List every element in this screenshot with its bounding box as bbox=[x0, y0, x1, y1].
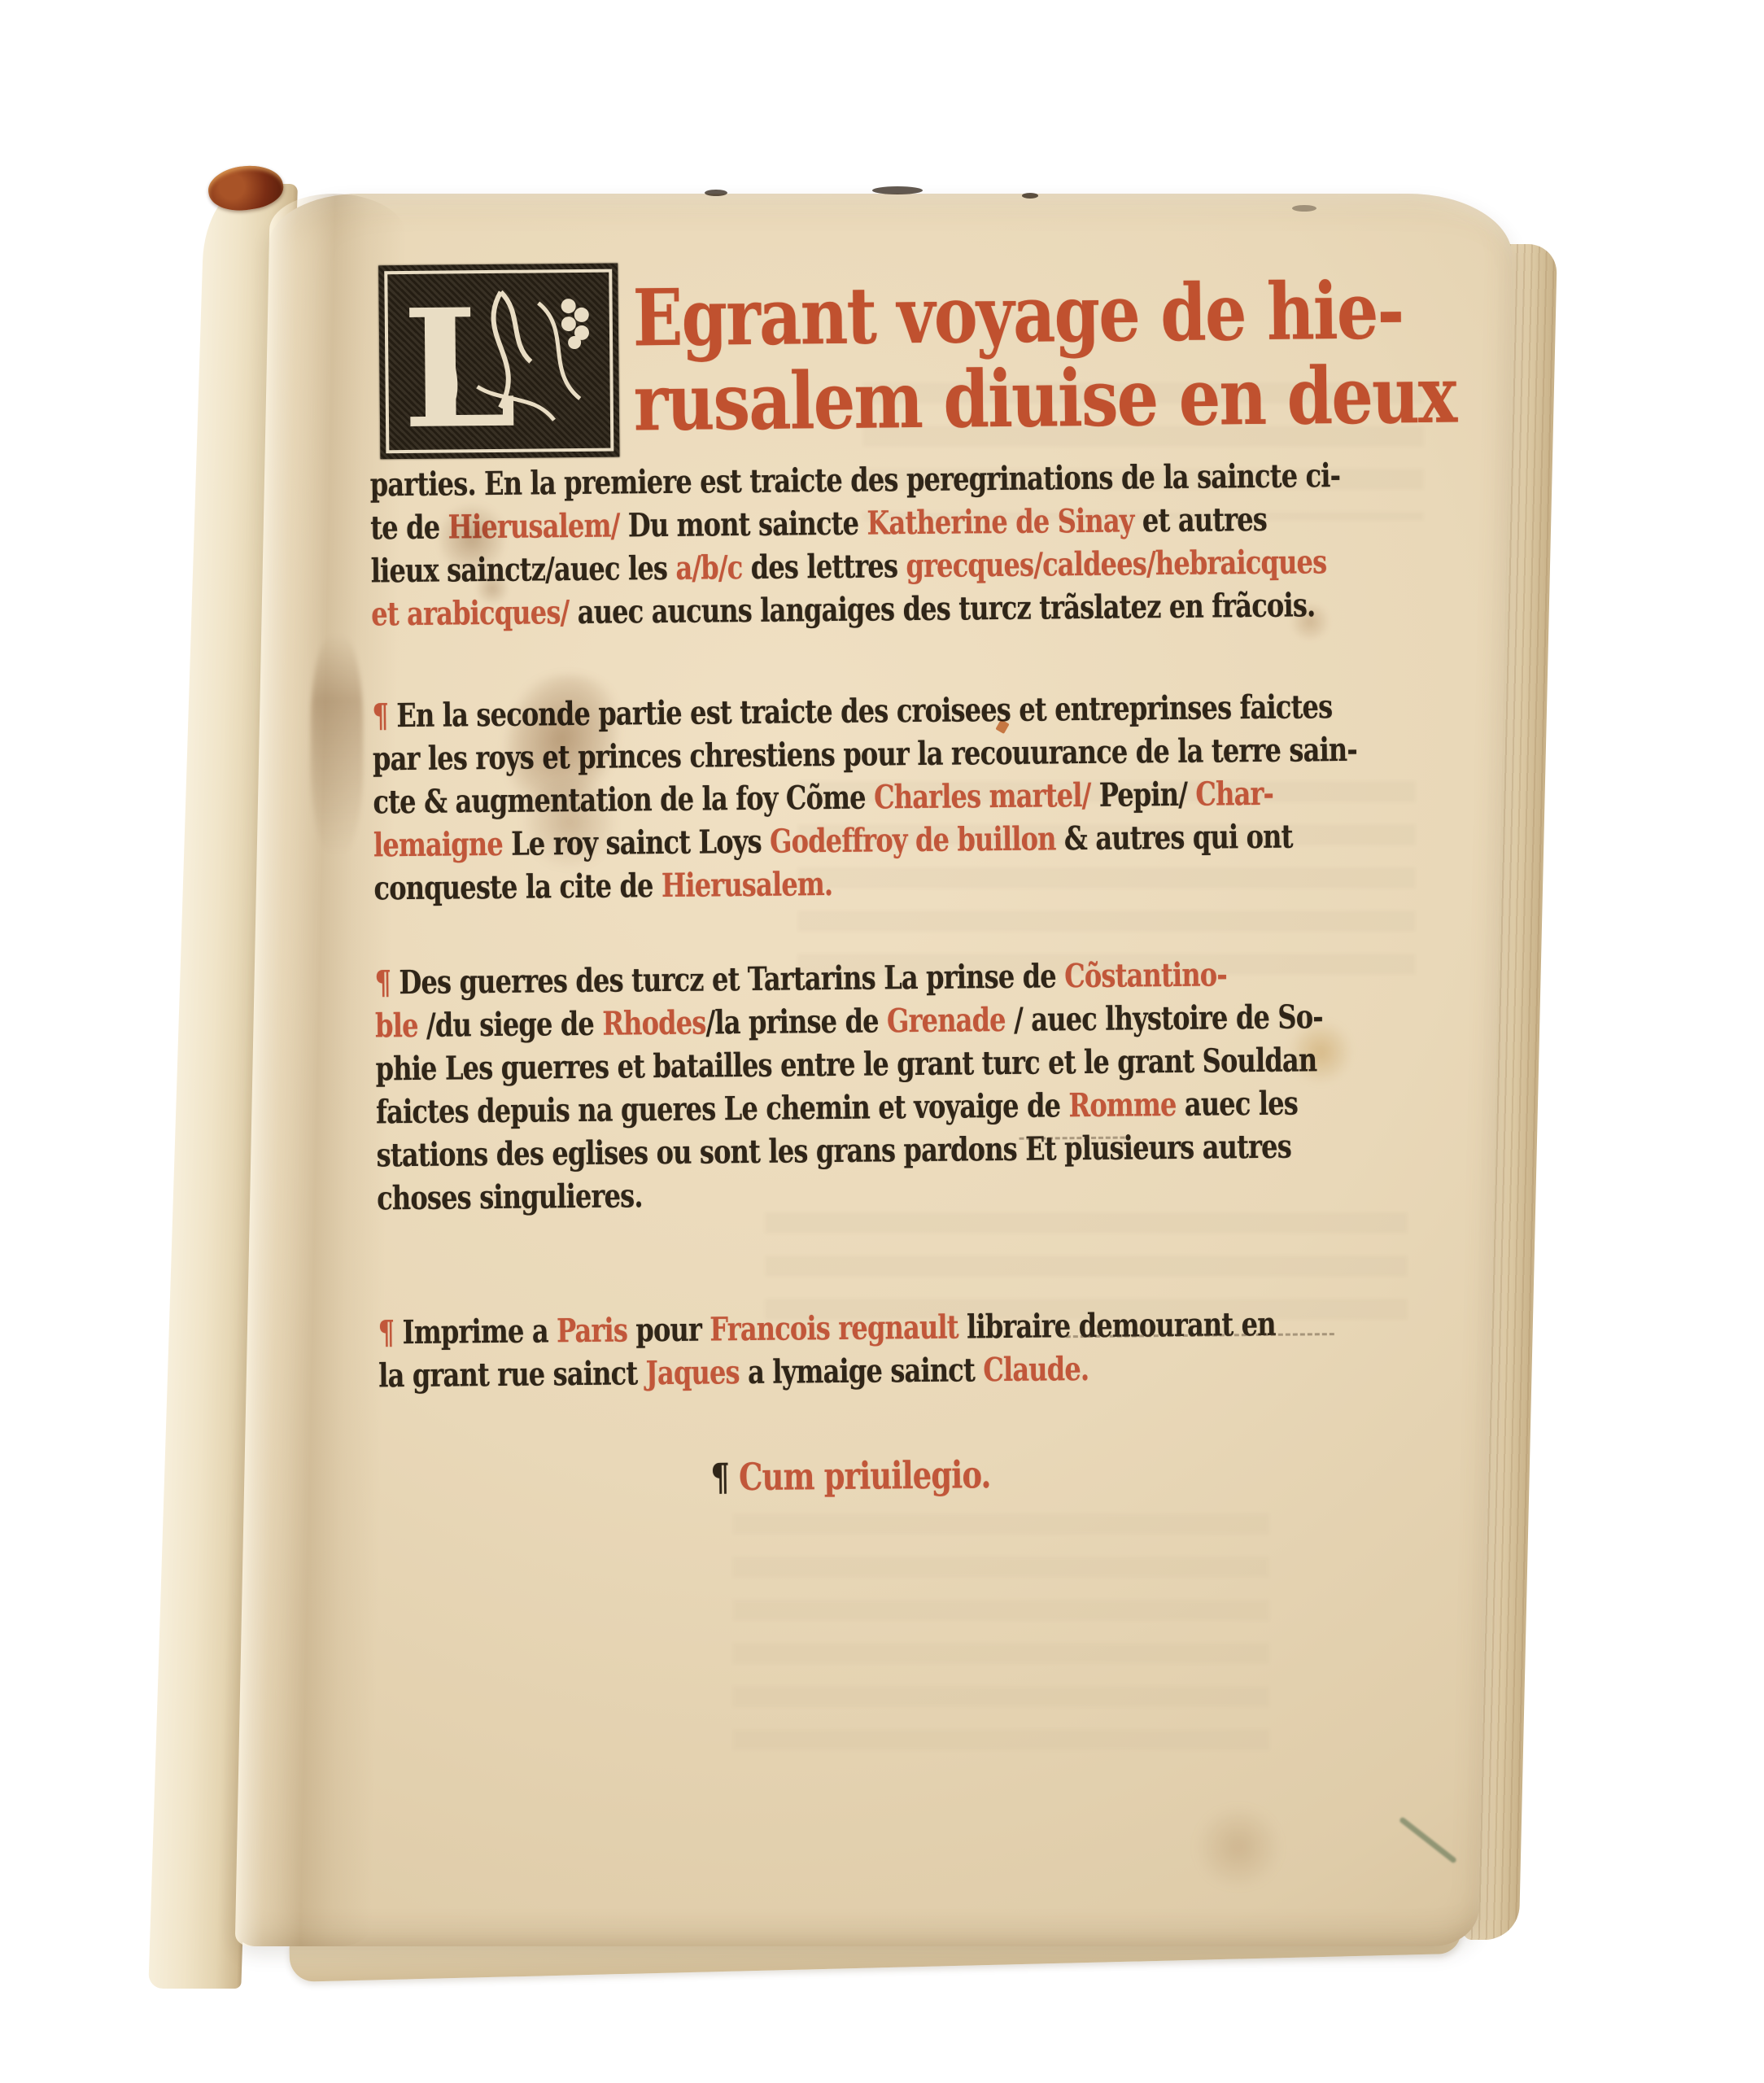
paper-stain bbox=[1286, 1022, 1356, 1082]
ink-black-segment: la grant rue sainct bbox=[378, 1354, 646, 1395]
ink-red-segment: lemaigne bbox=[373, 825, 512, 865]
paragraph1-line: et arabicques/ auec aucuns langaiges des… bbox=[371, 587, 1316, 632]
ink-red-segment: Claude. bbox=[983, 1350, 1089, 1389]
ink-black-segment: auec les bbox=[1185, 1085, 1299, 1124]
ink-black-segment: /la prinse de bbox=[705, 1002, 887, 1041]
ink-black-segment: /du siege de bbox=[426, 1005, 603, 1045]
ink-black-segment: stations des eglises ou sont les grans p… bbox=[376, 1128, 1291, 1175]
ink-stain bbox=[521, 773, 618, 871]
ink-red-segment: ble bbox=[375, 1007, 426, 1046]
ink-black-segment: a lymaige sainct bbox=[748, 1351, 984, 1391]
ink-black-segment: et autres bbox=[1142, 500, 1268, 539]
ink-red-segment: Paris bbox=[557, 1311, 636, 1350]
ink-red-segment: ¶ bbox=[374, 963, 399, 1002]
ink-black-segment: ¶ bbox=[710, 1455, 739, 1499]
ink-black-segment: Imprime a bbox=[402, 1312, 557, 1352]
ink-red-segment: Grenade bbox=[887, 1001, 1014, 1040]
ink-red-segment: Cõstantino- bbox=[1064, 955, 1227, 995]
paper-stain bbox=[1287, 604, 1333, 640]
paragraph2-line: conqueste la cite de Hierusalem. bbox=[373, 867, 832, 906]
paper-stain bbox=[1190, 1808, 1287, 1886]
paragraph3-line: ¶ Des guerres des turcz et Tartarins La … bbox=[374, 957, 1227, 1001]
paragraph3-line: phie Les guerres et batailles entre le g… bbox=[375, 1042, 1316, 1087]
ink-black-segment: te de bbox=[370, 509, 448, 548]
ink-black-segment: auec aucuns langaiges des turcz trãslat… bbox=[578, 586, 1316, 631]
ink-black-segment: / auec lhystoire de So- bbox=[1014, 998, 1323, 1039]
ink-black-segment: choses singulieres. bbox=[377, 1177, 643, 1217]
ink-black-segment: conqueste la cite de bbox=[373, 867, 661, 907]
ink-red-segment: Hierusalem. bbox=[661, 865, 833, 905]
ink-red-segment: ¶ bbox=[372, 697, 396, 735]
ink-black-segment: Des guerres des turcz et Tartarins La pr… bbox=[399, 957, 1064, 1002]
paragraph3-line: stations des eglises ou sont les grans p… bbox=[376, 1129, 1291, 1174]
book-photograph: L Egrant voyage de hie- rusalem diuise e… bbox=[0, 0, 1764, 2083]
ink-red-segment: Jaques bbox=[645, 1353, 748, 1392]
ink-black-segment: parties. En la premiere est traicte des … bbox=[370, 456, 1341, 504]
ink-black-segment: Du mont saincte bbox=[628, 504, 867, 545]
ink-stain bbox=[439, 498, 504, 579]
ink-red-segment: Cum priuilegio. bbox=[739, 1452, 991, 1499]
ink-red-segment: et arabicques/ bbox=[371, 593, 578, 633]
paragraph3-line: ble /du siege de Rhodes/la prinse de Gre… bbox=[375, 999, 1323, 1044]
erased-text-mark bbox=[1066, 1317, 1334, 1338]
imprint-line: la grant rue sainct Jaques a lymaige sai… bbox=[378, 1352, 1089, 1394]
ink-black-segment: phie Les guerres et batailles entre le g… bbox=[375, 1041, 1316, 1088]
woodcut-initial-L: L bbox=[378, 263, 619, 459]
margin-stain bbox=[311, 635, 363, 854]
paragraph1-line: parties. En la premiere est traicte des … bbox=[370, 458, 1341, 503]
paragraph2-line: lemaigne Le roy sainct Loys Godeffroy de… bbox=[373, 819, 1293, 864]
woodcut-initial-illustration: L bbox=[378, 263, 619, 459]
ink-black-segment: lieux sainctz/auec les bbox=[371, 549, 676, 591]
ink-red-segment: Char- bbox=[1195, 775, 1273, 814]
ink-red-segment: ¶ bbox=[378, 1313, 403, 1352]
title-line-2: rusalem diuise en deux bbox=[633, 356, 1456, 443]
paragraph3-line: choses singulieres. bbox=[377, 1178, 643, 1216]
paragraph1-line: te de Hierusalem/ Du mont saincte Kather… bbox=[370, 502, 1267, 547]
letterpress-text-block: L Egrant voyage de hie- rusalem diuise e… bbox=[0, 0, 1764, 2083]
ink-black-segment: des lettres bbox=[751, 547, 906, 587]
ink-black-segment: & autres qui ont bbox=[1064, 818, 1293, 858]
erased-text-mark bbox=[1019, 1121, 1124, 1140]
paragraph3-line: faictes depuis na gueres Le chemin et vo… bbox=[376, 1086, 1298, 1131]
ink-red-segment: Romme bbox=[1068, 1085, 1185, 1124]
title-line-1: Egrant voyage de hie- bbox=[632, 272, 1403, 357]
ink-red-segment: grecques/caldees/hebraicques bbox=[906, 543, 1326, 585]
ink-black-segment: pour bbox=[635, 1310, 710, 1349]
ink-red-segment: Francois regnault bbox=[710, 1308, 967, 1348]
paragraph1-line: lieux sainctz/auec les a/b/c des lettres… bbox=[371, 544, 1327, 589]
ink-stain bbox=[476, 570, 509, 607]
ink-red-segment: Godeffroy de buillon bbox=[770, 819, 1064, 860]
ink-black-segment: faictes depuis na gueres Le chemin et vo… bbox=[376, 1086, 1069, 1131]
ink-red-segment: Charles martel/ bbox=[874, 776, 1099, 817]
ink-red-segment: a/b/c bbox=[675, 548, 751, 587]
ink-black-segment: Pepin/ bbox=[1099, 775, 1196, 814]
privilege-line: ¶ Cum priuilegio. bbox=[710, 1454, 991, 1498]
ink-red-segment: Katherine de Sinay bbox=[867, 501, 1142, 542]
ink-red-segment: Rhodes bbox=[602, 1004, 706, 1043]
initial-letter: L bbox=[401, 273, 517, 460]
